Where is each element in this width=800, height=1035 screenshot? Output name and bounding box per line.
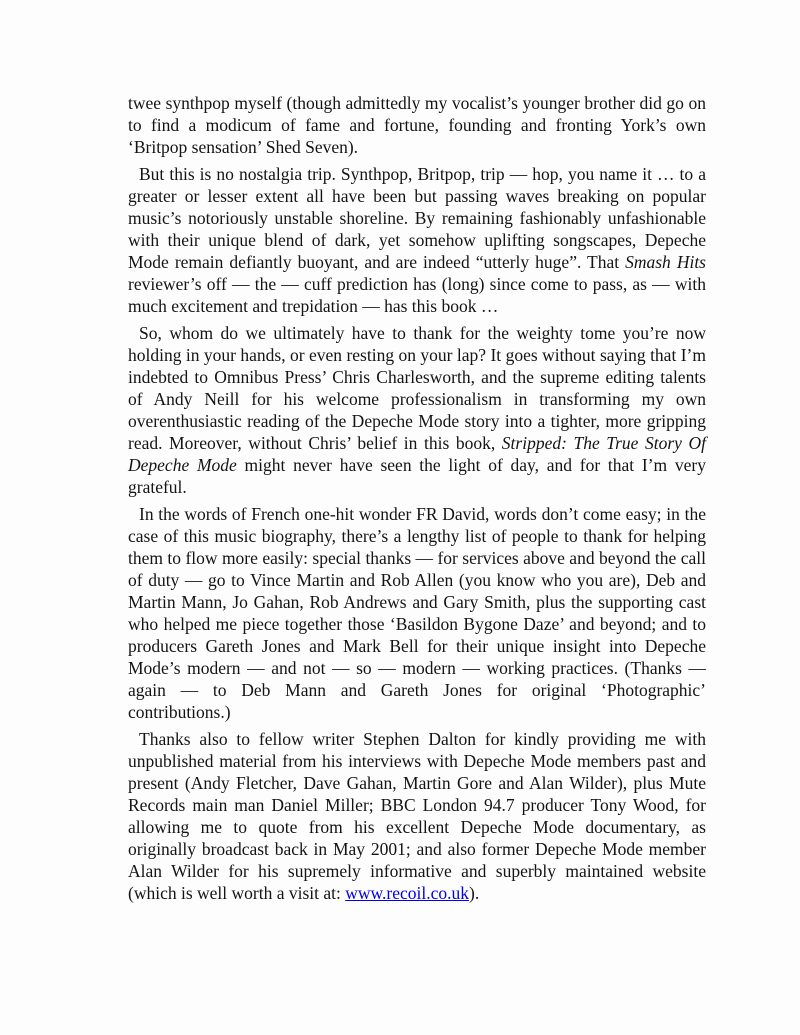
paragraph: In the words of French one-hit wonder FR… <box>128 503 706 723</box>
text-run: twee synthpop myself (though admittedly … <box>128 93 706 157</box>
paragraph: So, whom do we ultimately have to thank … <box>128 322 706 498</box>
text-run: But this is no nostalgia trip. Synthpop,… <box>128 164 706 272</box>
recoil-website-link[interactable]: www.recoil.co.uk <box>345 883 469 903</box>
text-run: In the words of French one-hit wonder FR… <box>128 504 706 722</box>
paragraph: Thanks also to fellow writer Stephen Dal… <box>128 728 706 904</box>
acknowledgements-text-block: twee synthpop myself (though admittedly … <box>128 92 706 909</box>
text-run: Thanks also to fellow writer Stephen Dal… <box>128 729 706 903</box>
book-page: twee synthpop myself (though admittedly … <box>0 0 800 1035</box>
text-run: ). <box>469 883 479 903</box>
text-run: reviewer’s off — the — cuff prediction h… <box>128 274 706 316</box>
paragraph: twee synthpop myself (though admittedly … <box>128 92 706 158</box>
italic-text-run: Smash Hits <box>625 252 706 272</box>
paragraph: But this is no nostalgia trip. Synthpop,… <box>128 163 706 317</box>
